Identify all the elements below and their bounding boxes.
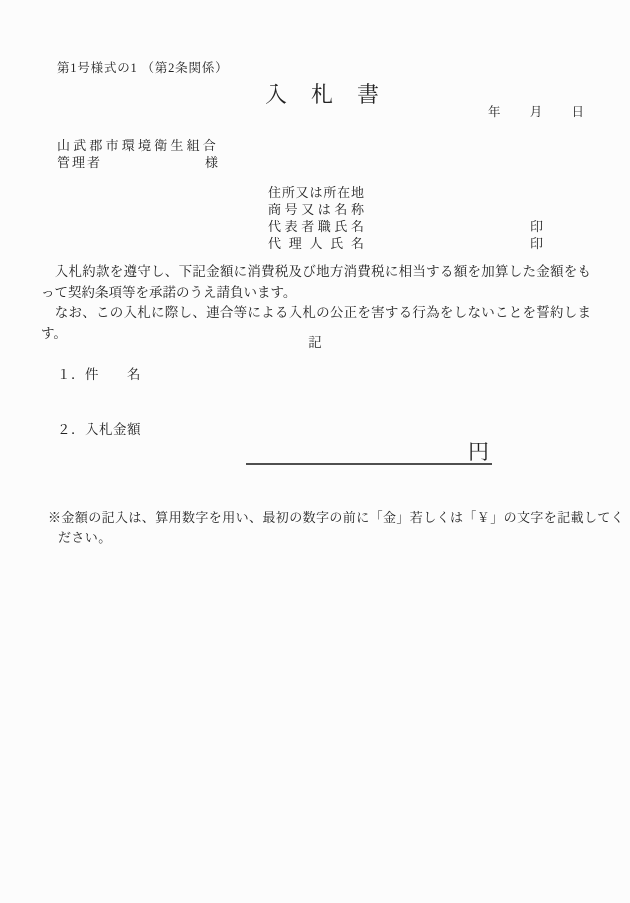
- bidder-company-row: 商号又は名称: [268, 201, 568, 218]
- bidder-representative-label: 代表者職氏名: [268, 218, 364, 235]
- bidder-company-label: 商号又は名称: [268, 201, 364, 218]
- bidder-representative-row: 代表者職氏名 印: [268, 218, 568, 235]
- recipient-role: 管理者: [57, 155, 102, 170]
- form-number: 第1号様式の1 （第2条関係）: [57, 58, 228, 76]
- record-heading: 記: [0, 331, 630, 351]
- amount-note-line-1: ※金額の記入は、算用数字を用い、最初の数字の前に「金」若しくは「￥」の文字を記載…: [48, 507, 624, 526]
- item-bid-amount-label: ２．入札金額: [57, 418, 141, 438]
- bidder-agent-row: 代理人氏名 印: [268, 235, 568, 252]
- bidder-address-label: 住所又は所在地: [268, 184, 364, 201]
- bidder-agent-label: 代理人氏名: [268, 235, 364, 252]
- date-day-label: 日: [571, 102, 584, 120]
- recipient-honorific: 様: [205, 152, 218, 171]
- bidder-info-block: 住所又は所在地 商号又は名称 代表者職氏名 印 代理人氏名 印: [268, 184, 568, 252]
- bidder-address-row: 住所又は所在地: [268, 184, 568, 201]
- date-year-label: 年: [488, 102, 501, 120]
- document-title: 入 札 書: [265, 78, 380, 109]
- amount-unit-yen: 円: [468, 440, 492, 464]
- recipient-role-row: 管理者 様: [57, 152, 227, 171]
- agent-seal-mark: 印: [530, 235, 543, 252]
- item-subject-label: １．件 名: [57, 363, 141, 383]
- bid-amount-blank-line: 円: [246, 440, 492, 465]
- representative-seal-mark: 印: [530, 218, 543, 235]
- date-month-label: 月: [530, 102, 543, 120]
- amount-note-line-2: ださい。: [58, 527, 112, 546]
- pledge-paragraph: 入札約款を遵守し、下記金額に消費税及び地方消費税に相当する額を加算した金額をもっ…: [41, 262, 591, 303]
- date-line: 年 月 日: [488, 102, 584, 120]
- bid-form-page: 第1号様式の1 （第2条関係） 入 札 書 年 月 日 山武郡市環境衛生組合 管…: [0, 0, 630, 903]
